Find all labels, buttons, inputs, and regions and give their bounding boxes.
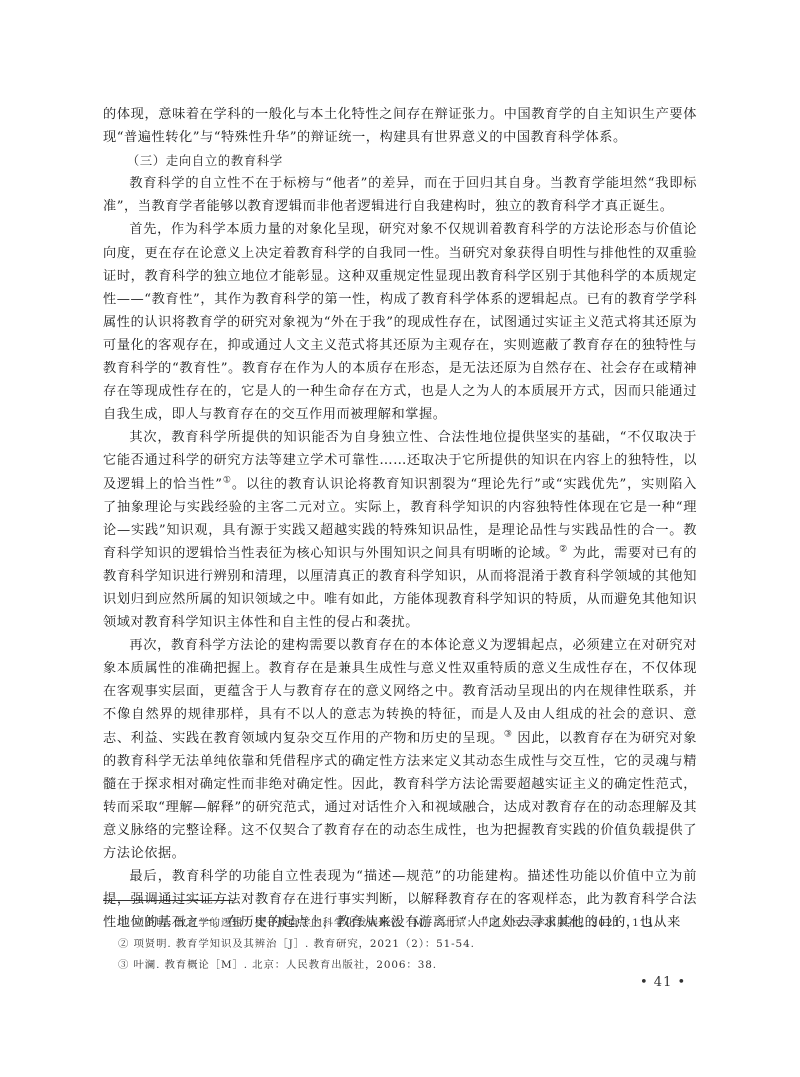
footnote-text: 叶澜. 教育概论［M］. 北京：人民教育出版社，2006：38. (134, 959, 437, 971)
section-heading: （三）走向自立的教育科学 (103, 149, 697, 172)
page-body: 的体现，意味着在学科的一般化与本土化特性之间存在辩证张力。中国教育学的自主知识生… (103, 103, 697, 934)
paragraph-text: 因此，以教育存在为研究对象的教育科学无法单纯依靠和凭借程序式的确定性方法来定义其… (103, 731, 697, 861)
paragraph-second-knowledge: 其次，教育科学所提供的知识能否为自身独立性、合法性地位提供坚实的基础，“不仅取决… (103, 426, 697, 634)
footnotes: ① 项贤明. 教育学的逻辑：探寻教育学的科学化发展路径［M］. 北京：中国人民大… (118, 913, 698, 976)
footnote-marker: ② (118, 938, 129, 950)
footnote-marker: ① (118, 917, 129, 929)
footnote-ref-2[interactable]: ② (559, 544, 568, 554)
page-number: • 41 • (640, 975, 686, 990)
footnote-marker: ③ (118, 959, 129, 971)
footnote-text: 项贤明. 教育学知识及其辨治［J］. 教育研究，2021（2）：51-54. (134, 938, 475, 950)
footnote-ref-1[interactable]: ① (223, 475, 232, 485)
paragraph-continuation: 的体现，意味着在学科的一般化与本土化特性之间存在辩证张力。中国教育学的自主知识生… (103, 103, 697, 149)
footnote-2: ② 项贤明. 教育学知识及其辨治［J］. 教育研究，2021（2）：51-54. (118, 934, 698, 955)
footnote-1: ① 项贤明. 教育学的逻辑：探寻教育学的科学化发展路径［M］. 北京：中国人民大… (118, 913, 698, 934)
footnote-3: ③ 叶澜. 教育概论［M］. 北京：人民教育出版社，2006：38. (118, 955, 698, 976)
paragraph-third-methodology: 再次，教育科学方法论的建构需要以教育存在的本体论意义为逻辑起点，必须建立在对研究… (103, 634, 697, 865)
paragraph-autonomy-intro: 教育科学的自立性不在于标榜与“他者”的差异，而在于回归其自身。当教育学能坦然“我… (103, 172, 697, 218)
footnote-text: 项贤明. 教育学的逻辑：探寻教育学的科学化发展路径［M］. 北京：中国人民大学出… (134, 917, 659, 929)
paragraph-text: 再次，教育科学方法论的建构需要以教育存在的本体论意义为逻辑起点，必须建立在对研究… (103, 638, 697, 745)
footnote-ref-3[interactable]: ③ (504, 729, 513, 739)
paragraph-first-research-object: 首先，作为科学本质力量的对象化呈现，研究对象不仅规训着教育科学的方法论形态与价值… (103, 218, 697, 426)
footnote-divider (103, 900, 233, 901)
